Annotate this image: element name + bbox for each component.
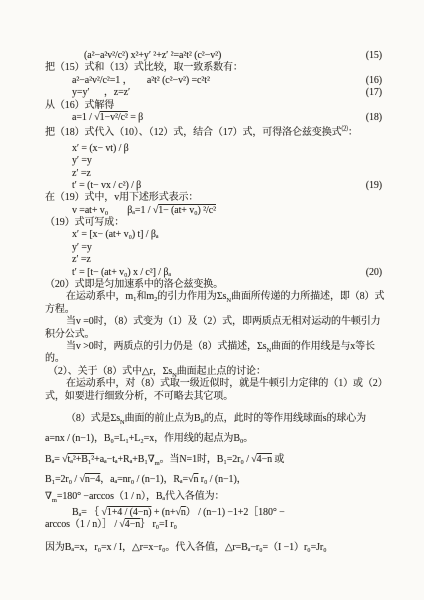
text-line: Bₐ= ｛ √1+4 / (4−n) + (n+√n） / (n−1) −1+2… [45,507,382,519]
text-line: v =at+ v₀ βₐ=1 / √1− (at+ v₀) ²/c² [45,205,382,217]
line-text: a=1 / √1−v²/c² = β [72,112,143,124]
line-text: y=y′ ，z=z′ [72,87,130,99]
equation-number: (16) [360,75,382,87]
line-text: t′ = [t− (at+ v₀) x / c²] / βₐ [72,267,171,279]
line-text: 在运动系中，m₁和m₂的引力作用为ΣsN曲面所传递的力所描述，即（8）式 [66,291,384,303]
text-line: （19）式可写成： [45,217,382,229]
line-text: （8）式是ΣsN曲面的前止点为B₀的点，此时的等作用线球面s的球心为 [66,413,366,425]
line-text: x′ = (x− vt) / β [72,143,129,155]
document-text-block: (a²−a²v²/c²) x²+y′ ²+z′ ²=a²t² (c²−v²)(1… [45,50,382,554]
equation-number: (18) [360,112,382,124]
text-line: 因为Bₐ=x，r₀=x / I，△r=x−r₀。代入各值，△r=Bₐ−r₀=（I… [45,542,382,554]
text-line: （2）、关于（8）式中△r，ΣsN曲面起止点的讨论： [45,366,382,378]
line-text: v =at+ v₀ βₐ=1 / √1− (at+ v₀) ²/c² [72,205,216,217]
text-line: 当v =0时，（8）式变为（1）及（2）式，即两质点无相对运动的牛顿引力 [45,316,382,328]
text-line: Bₐ= √tₐ²+B₁²+aₐ−tₐ+Rₐ+B₁∇m。当N=1时，B₁=2r₀ … [45,454,382,466]
text-line: B₁=2r₀ / √n−4，aₐ=nr₀ / (n−1)，Rₐ=√n r₀ / … [45,474,382,486]
equation-line: a=1 / √1−v²/c² = β(18) [45,112,382,124]
equation-number: (17) [360,87,382,99]
line-text: z′ =z [72,168,91,180]
line-text: 因为Bₐ=x，r₀=x / I，△r=x−r₀。代入各值，△r=Bₐ−r₀=（I… [45,542,327,554]
line-text: x′ = [x− (at+ v₀) t] / βₐ [72,229,159,241]
text-line: 积分公式。 [45,329,382,341]
line-text: （2）、关于（8）式中△r，ΣsN曲面起止点的讨论： [48,366,266,378]
line-text: 当v >0时，两质点的引力仍是（8）式描述，ΣsN曲面的作用线是与x等长 [66,341,375,353]
line-text: y′ =y [72,242,92,254]
text-line: 把（18）式代入（10）、（12）式，结合（17）式，可得洛仑兹变换式⑵： [45,127,382,139]
equation-line: t′ = (t− vx / c²) / β(19) [45,180,382,192]
text-line: y′ =y [45,155,382,167]
equation-number: (19) [360,180,382,192]
text-line: x′ = (x− vt) / β [45,143,382,155]
line-text: 把（18）式代入（10）、（12）式，结合（17）式，可得洛仑兹变换式⑵： [45,127,358,139]
text-line: 从（16）式解得 [45,100,382,112]
text-line: 在运动系中，m₁和m₂的引力作用为ΣsN曲面所传递的力所描述，即（8）式 [45,291,382,303]
line-text: （20）式即是匀加速系中的洛仑兹变换。 [45,279,223,291]
text-line: z′ =z [45,254,382,266]
text-line: 在（19）式中，v用下述形式表示： [45,192,382,204]
text-line: 当v >0时，两质点的引力仍是（8）式描述，ΣsN曲面的作用线是与x等长 [45,341,382,353]
line-text: (a²−a²v²/c²) x²+y′ ²+z′ ²=a²t² (c²−v²) [84,50,221,62]
line-text: 方程。 [45,304,75,316]
text-line: z′ =z [45,168,382,180]
equation-number: (15) [360,50,382,62]
line-text: 式，如要进行细致分析，不可略去其它项。 [45,391,233,403]
line-text: Bₐ= √tₐ²+B₁²+aₐ−tₐ+Rₐ+B₁∇m。当N=1时，B₁=2r₀ … [45,454,284,466]
line-text: （19）式可写成： [45,217,124,229]
line-text: 在（19）式中，v用下述形式表示： [45,192,198,204]
text-line: y′ =y [45,242,382,254]
line-text: ∇m=180° −arccos（1 / n），Bₐ代入各值为： [45,491,224,503]
equation-number: (20) [360,267,382,279]
text-line: 把（15）式和（13）式比较，取一致系数有： [45,62,382,74]
line-text: t′ = (t− vx / c²) / β [72,180,141,192]
line-text: B₁=2r₀ / √n−4，aₐ=nr₀ / (n−1)，Rₐ=√n r₀ / … [45,474,247,486]
line-text: a²−a²v²/c²=1 ， a²t² (c²−v²) =c²t² [72,75,210,87]
text-line: arccos（1 / n）］ / √4−n｝ r₀=I r₀ [45,519,382,531]
equation-line: (a²−a²v²/c²) x²+y′ ²+z′ ²=a²t² (c²−v²)(1… [45,50,382,62]
text-line: ∇m=180° −arccos（1 / n），Bₐ代入各值为： [45,491,382,503]
line-text: 积分公式。 [45,329,95,341]
equation-line: a²−a²v²/c²=1 ， a²t² (c²−v²) =c²t²(16) [45,75,382,87]
line-text: Bₐ= ｛ √1+4 / (4−n) + (n+√n） / (n−1) −1+2… [72,507,285,519]
equation-line: y=y′ ，z=z′(17) [45,87,382,99]
line-text: a=nx / (n−1)，B₀=L₁+L₂=x，作用线的起点为B₀。 [45,433,253,445]
scanned-document-page: (a²−a²v²/c²) x²+y′ ²+z′ ²=a²t² (c²−v²)(1… [0,0,424,600]
line-text: 把（15）式和（13）式比较，取一致系数有： [45,62,243,74]
equation-line: t′ = [t− (at+ v₀) x / c²] / βₐ(20) [45,267,382,279]
text-line: （20）式即是匀加速系中的洛仑兹变换。 [45,279,382,291]
line-text: arccos（1 / n）］ / √4−n｝ r₀=I r₀ [45,519,177,531]
text-line: 方程。 [45,304,382,316]
line-text: z′ =z [72,254,91,266]
text-line: x′ = [x− (at+ v₀) t] / βₐ [45,229,382,241]
text-line: a=nx / (n−1)，B₀=L₁+L₂=x，作用线的起点为B₀。 [45,433,382,445]
line-text: 从（16）式解得 [45,100,114,112]
text-line: 在运动系中，对（8）式取一级近似时，就是牛顿引力定律的（1）或（2） [45,378,382,390]
line-text: 当v =0时，（8）式变为（1）及（2）式，即两质点无相对运动的牛顿引力 [66,316,381,328]
text-line: 式，如要进行细致分析，不可略去其它项。 [45,391,382,403]
line-text: 在运动系中，对（8）式取一级近似时，就是牛顿引力定律的（1）或（2） [66,378,388,390]
line-text: y′ =y [72,155,92,167]
line-text: 的。 [45,353,65,365]
text-line: 的。 [45,353,382,365]
text-line: （8）式是ΣsN曲面的前止点为B₀的点，此时的等作用线球面s的球心为 [45,413,382,425]
